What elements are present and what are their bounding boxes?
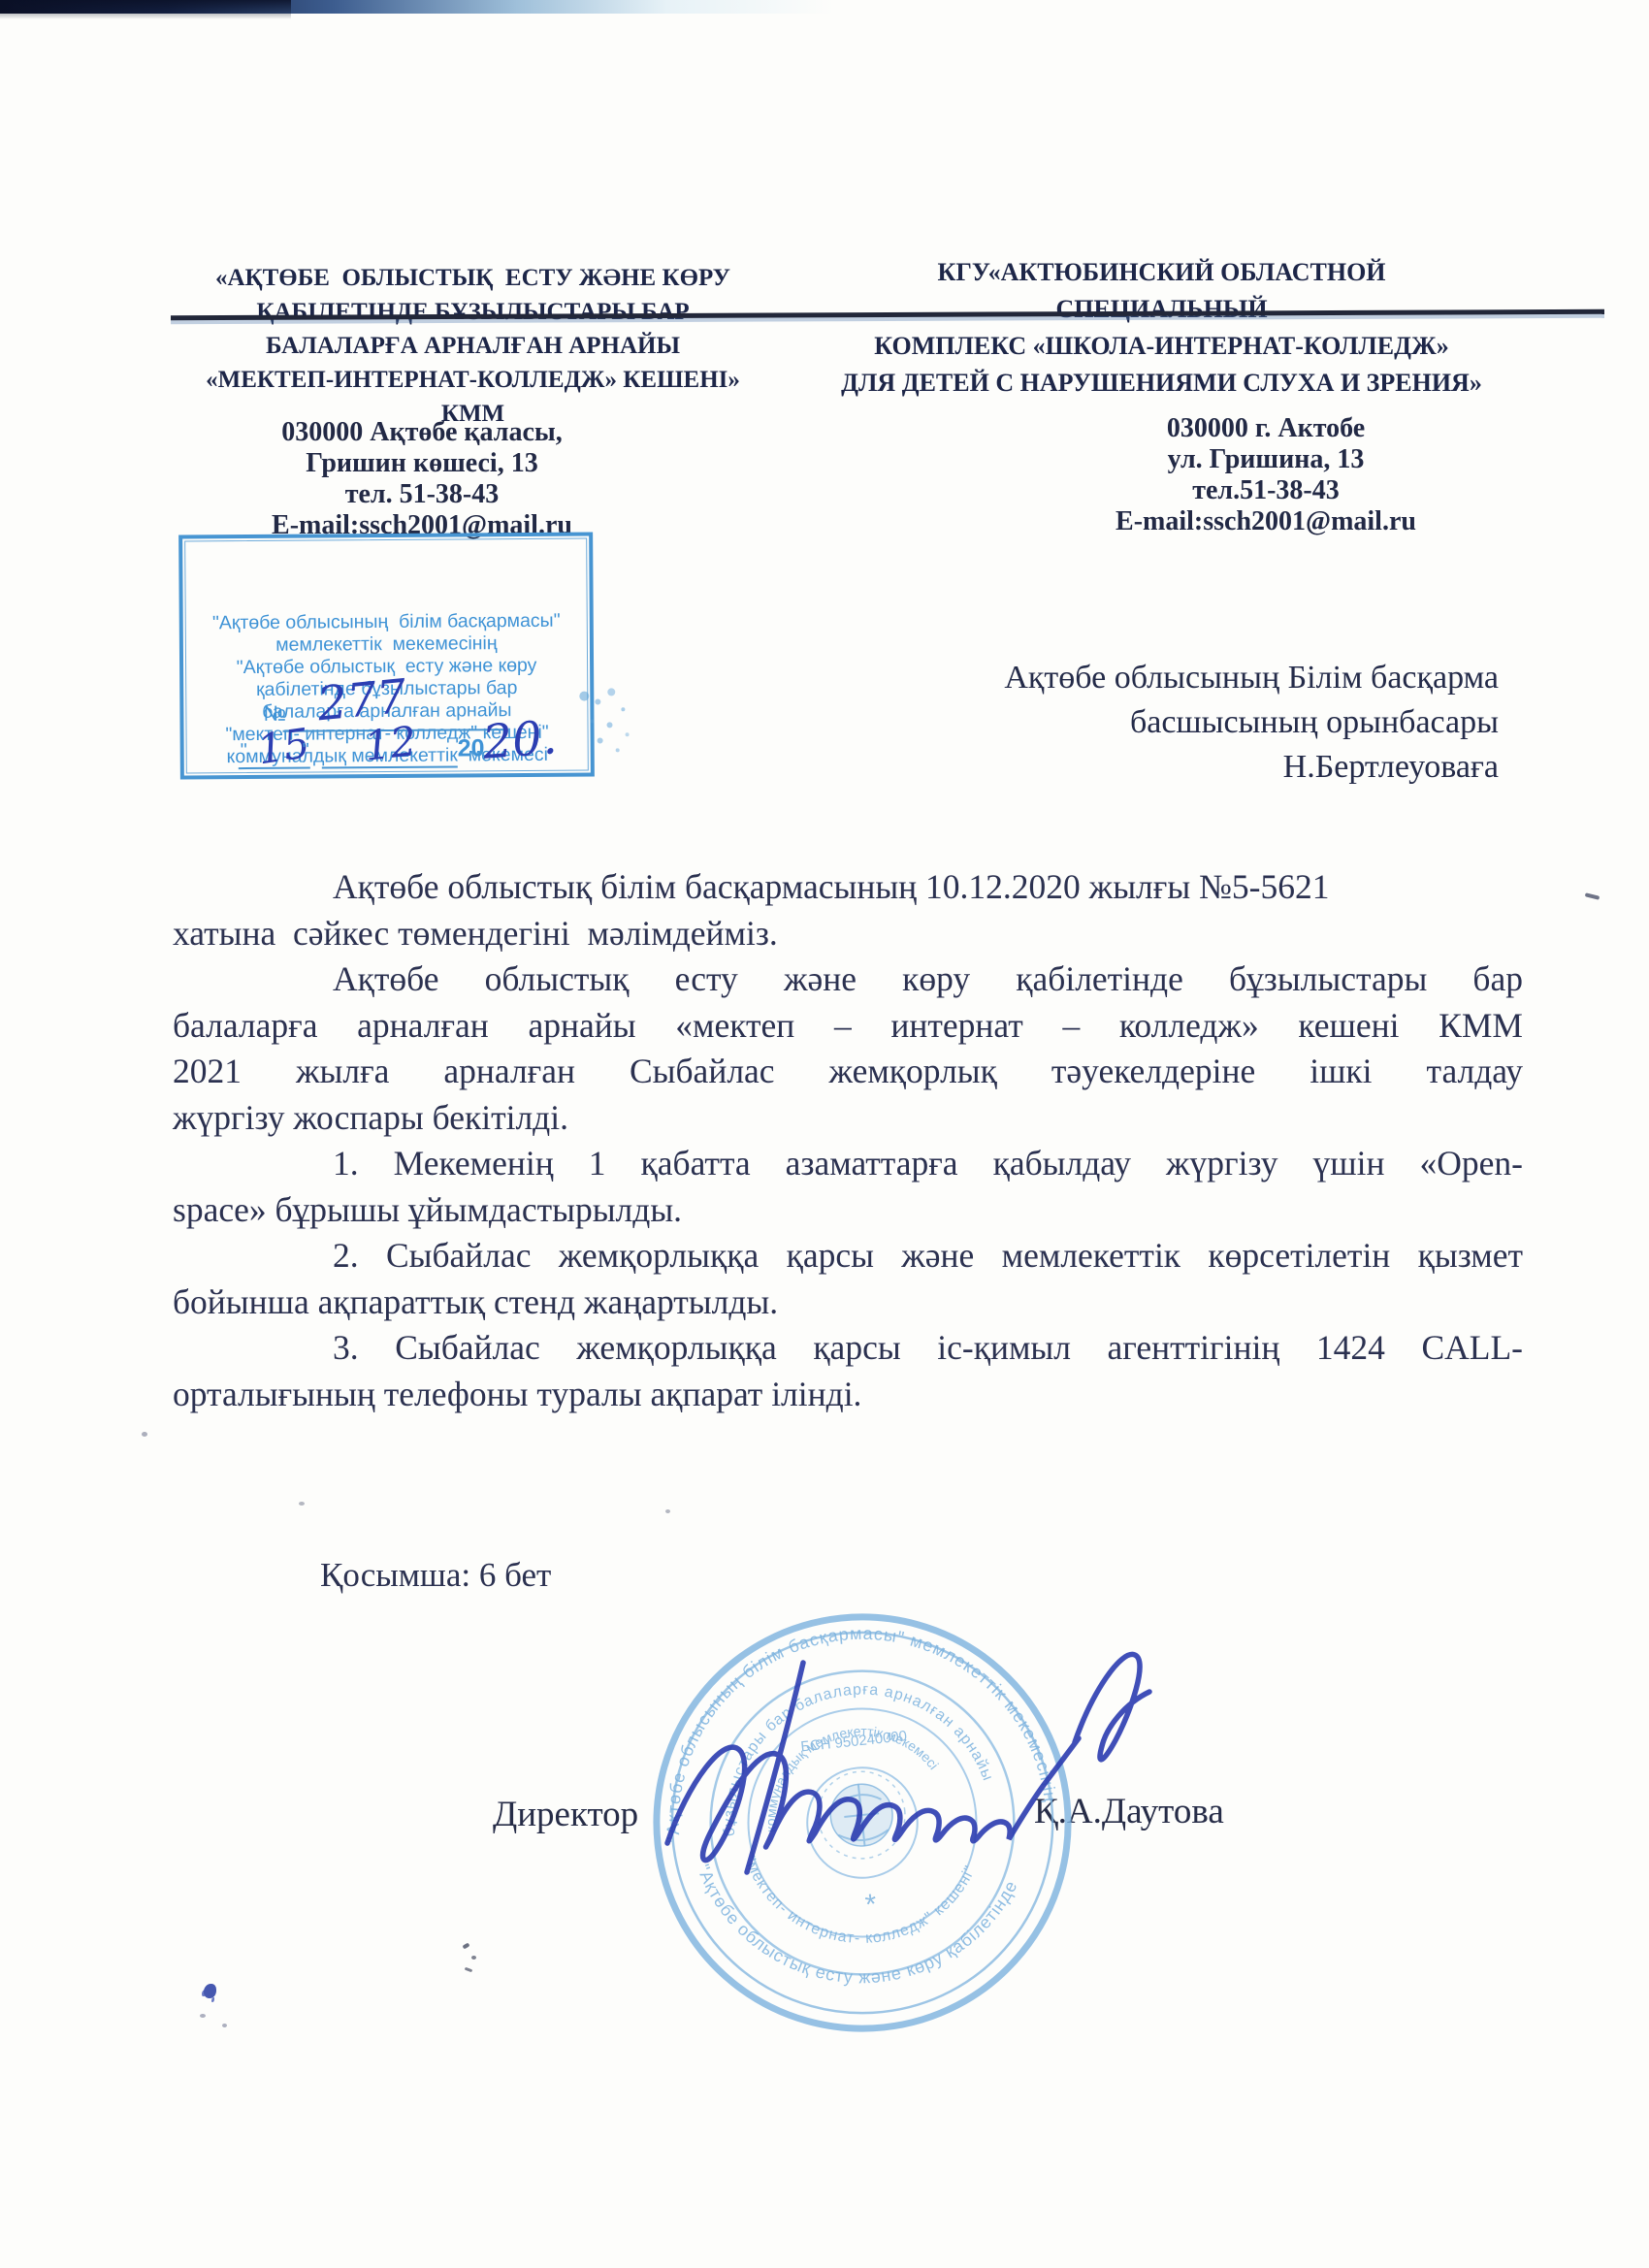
ink-mark-dot (142, 1432, 147, 1437)
handwritten-year: 20. (481, 710, 559, 770)
ink-blot (204, 1984, 216, 1998)
body-line: 1. Мекеменің 1 қабатта азаматтарға қабыл… (173, 1143, 1523, 1189)
letter-body: Ақтөбе облыстық білім басқармасының 10.1… (173, 866, 1523, 1419)
stamp-quote-close: " (303, 740, 309, 762)
recipient-line: басшысының орынбасары (873, 700, 1499, 745)
recipient-line: Н.Бертлеуоваға (873, 745, 1499, 790)
signature-main-stroke (667, 1738, 1079, 1861)
body-line: 2021 жылға арналған Сыбайлас жемқорлық т… (173, 1051, 1523, 1097)
stamp-year-printed: 20 (458, 734, 485, 762)
recipient-line: Ақтөбе облысының Білім басқарма (873, 656, 1499, 700)
body-line: хатына сәйкес төмендегіні мәлімдейміз. (173, 913, 1523, 959)
ink-scribble (465, 1967, 473, 1973)
org-line: «АҚТӨБЕ ОБЛЫСТЫҚ ЕСТУ ЖӘНЕ КӨРУ (194, 261, 752, 295)
ink-speck (299, 1502, 305, 1506)
body-line: жүргізу жоспары бекітілді. (173, 1097, 1523, 1144)
address-block-kazakh: 030000 Ақтөбе қаласы,Гришин көшесі, 13те… (223, 324, 621, 541)
body-line: Ақтөбе облыстық білім басқармасының 10.1… (173, 866, 1523, 913)
body-line: space» бұрышы ұйымдастырылды. (173, 1189, 1523, 1236)
ink-mark-dash (1585, 892, 1600, 900)
scan-artifact-strip-dark (0, 0, 291, 19)
address-line: тел. 51-38-43 (223, 479, 621, 510)
ink-speck (200, 2014, 206, 2018)
stamp-text-line: "Ақтөбе облысының білім басқармасы" (183, 610, 590, 635)
address-line: тел.51-38-43 (1062, 475, 1470, 506)
body-line: 3. Сыбайлас жемқорлыққа қарсы іс-қимыл а… (173, 1327, 1523, 1374)
signature-flourish (1075, 1654, 1149, 1759)
ink-scribble (462, 1943, 469, 1950)
address-line: 030000 Ақтөбе қаласы, (223, 417, 621, 448)
address-block-russian: 030000 г. Актобеул. Гришина, 13тел.51-38… (1062, 320, 1470, 537)
ink-speck (665, 1509, 670, 1513)
body-line: 2. Сыбайлас жемқорлыққа қарсы және мемле… (173, 1235, 1523, 1281)
body-line: балаларға арналған арнайы «мектеп – инте… (173, 1005, 1523, 1052)
scanned-letter-page: «АҚТӨБЕ ОБЛЫСТЫҚ ЕСТУ ЖӘНЕ КӨРУҚАБІЛЕТІН… (0, 0, 1649, 2268)
stamp-ink-smudge (579, 692, 589, 701)
address-line: E-mail:ssch2001@mail.ru (1062, 506, 1470, 537)
handwritten-month: 12 (362, 717, 419, 770)
stamp-text-line: мемлекеттік мекемесінің (183, 632, 590, 658)
recipient-block: Ақтөбе облысының Білім басқармабасшысыны… (873, 656, 1499, 790)
body-line: Ақтөбе облыстық есту және көру қабілетін… (173, 958, 1523, 1005)
ink-speck (222, 2024, 227, 2027)
address-line: 030000 г. Актобе (1062, 413, 1470, 444)
body-line: бойынша ақпараттық стенд жаңартылды. (173, 1281, 1523, 1328)
attachment-note: Қосымша: 6 бет (320, 1556, 551, 1595)
signature-descender (747, 1663, 803, 1872)
address-line: ул. Гришина, 13 (1062, 444, 1470, 475)
signature-ink (543, 1622, 1183, 1894)
ink-scribble (471, 1956, 476, 1960)
registration-stamp-box: "Ақтөбе облысының білім басқармасы"мемле… (178, 533, 595, 780)
address-line: Гришин көшесі, 13 (223, 448, 621, 479)
body-line: орталығының телефоны туралы ақпарат ілін… (173, 1374, 1523, 1420)
